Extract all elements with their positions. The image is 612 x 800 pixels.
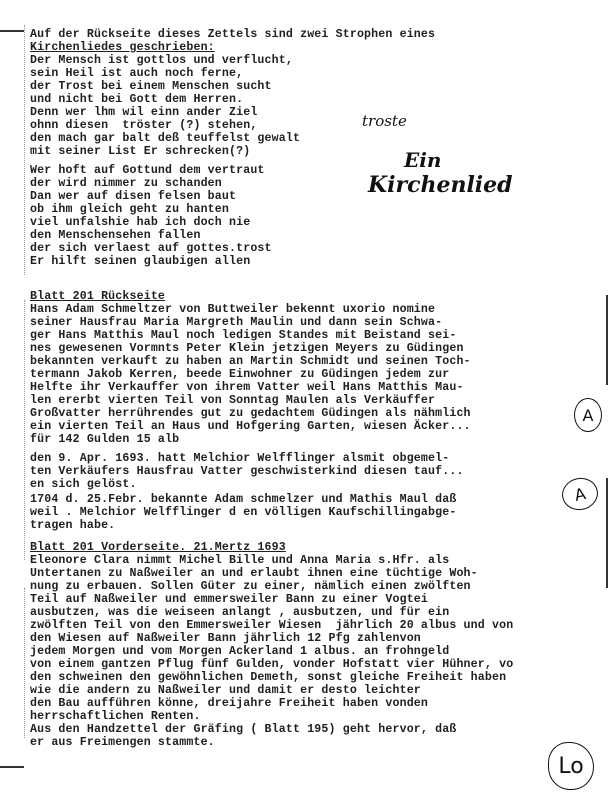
- stanza2-line: den Menschensehen fallen: [30, 229, 201, 242]
- handwritten-note: troste: [362, 112, 407, 130]
- stanza1-line: ohnn diesen tröster (?) stehen,: [30, 119, 257, 132]
- text-line: len ererbt vierten Teil von Sonntag Maul…: [30, 394, 435, 407]
- text-line: den Wiesen auf Naßweiler Bann jährlich 1…: [30, 632, 421, 645]
- text-line: seiner Hausfrau Maria Margreth Maulin un…: [30, 316, 442, 329]
- margin-mark-label: A: [583, 406, 594, 425]
- text-line: Großvatter herrührendes gut zu gedachtem…: [30, 407, 471, 420]
- margin-mark-circle: A: [559, 475, 601, 514]
- margin-mark-circle: A: [574, 398, 602, 432]
- text-line: termann Jakob Kerren, beede Einwohner zu…: [30, 368, 449, 381]
- text-line: für 142 Gulden 15 alb: [30, 433, 179, 446]
- text-line: Aus den Handzettel der Gräfing ( Blatt 1…: [30, 723, 456, 736]
- stanza1-line: den mach gar balt deß teuffelst gewalt: [30, 132, 300, 145]
- intro-line: Kirchenliedes geschrieben:: [30, 41, 215, 54]
- text-line: wie die andern zu Naßweiler und damit er…: [30, 684, 421, 697]
- text-line: ger Hans Matthis Maul noch ledigen Stand…: [30, 329, 456, 342]
- margin-dotted-line: [24, 588, 26, 738]
- handwritten-title: Kirchenlied: [368, 172, 513, 198]
- stanza2-line: viel unfalshie hab ich doch nie: [30, 216, 250, 229]
- text-line: Teil auf Naßweiler und emmersweiler Bann…: [30, 593, 428, 606]
- text-line: den schweinen den gewöhnlichen Demeth, s…: [30, 671, 506, 684]
- stanza2-line: Er hilft seinen glaubigen allen: [30, 255, 250, 268]
- scanned-document-page: Auf der Rückseite dieses Zettels sind zw…: [0, 0, 612, 800]
- text-line: er aus Freimengen stammte.: [30, 736, 215, 749]
- handwritten-title: Ein: [404, 148, 441, 172]
- scan-edge-tick: [0, 766, 24, 768]
- text-line: von einem gantzen Pflug fünf Gulden, von…: [30, 658, 513, 671]
- text-line: Hans Adam Schmeltzer von Buttweiler beke…: [30, 303, 435, 316]
- text-line: nes gewesenen Vormnts Peter Klein jetzig…: [30, 342, 464, 355]
- stanza1-line: Denn wer lhm wil einn ander Ziel: [30, 106, 257, 119]
- text-line: weil . Melchior Welfflinger d en völlige…: [30, 506, 456, 519]
- margin-mark-circle: Lo: [548, 742, 594, 790]
- margin-dotted-line: [24, 25, 26, 275]
- margin-dotted-line: [24, 300, 26, 560]
- scan-edge-tick: [0, 30, 24, 32]
- text-line: bekannten verkauft zu haben an Martin Sc…: [30, 355, 471, 368]
- stanza1-line: mit seiner List Er schrecken(?): [30, 145, 250, 158]
- section-heading: Blatt 201 Vorderseite. 21.Mertz 1693: [30, 541, 286, 554]
- stanza2-line: der sich verlaest auf gottes.trost: [30, 242, 272, 255]
- stanza2-line: Wer hoft auf Gottund dem vertraut: [30, 164, 265, 177]
- text-line: Untertanen zu Naßweiler an und erlaubt i…: [30, 567, 478, 580]
- text-line: ten Verkäufers Hausfrau Vatter geschwist…: [30, 465, 464, 478]
- scan-edge-bar: [606, 478, 608, 588]
- section-heading: Blatt 201 Rückseite: [30, 290, 165, 303]
- text-line: en sich gelöst.: [30, 478, 137, 491]
- text-line: nung zu erbauen. Sollen Güter zu einer, …: [30, 580, 471, 593]
- text-line: Eleonore Clara nimmt Michel Bille und An…: [30, 554, 449, 567]
- text-line: Helfte ihr Verkauffer von ihrem Vatter w…: [30, 381, 464, 394]
- stanza2-line: ob ihm gleich geht zu hanten: [30, 203, 229, 216]
- text-line: den 9. Apr. 1693. hatt Melchior Welfflin…: [30, 452, 449, 465]
- text-line: herrschaftlichen Renten.: [30, 710, 201, 723]
- text-line: ausbutzen, was die weiseen anlangt , aus…: [30, 606, 449, 619]
- margin-mark-label: Lo: [558, 754, 583, 779]
- text-line: jedem Morgen und vom Morgen Ackerland 1 …: [30, 645, 449, 658]
- text-line: den Bau aufführen könne, dreijahre Freih…: [30, 697, 428, 710]
- stanza2-line: Dan wer auf disen felsen baut: [30, 190, 236, 203]
- stanza1-line: Der Mensch ist gottlos und verflucht,: [30, 54, 293, 67]
- margin-mark-label: A: [573, 484, 588, 505]
- text-line: 1704 d. 25.Febr. bekannte Adam schmelzer…: [30, 493, 456, 506]
- stanza2-line: der wird nimmer zu schanden: [30, 177, 222, 190]
- stanza1-line: sein Heil ist auch noch ferne,: [30, 67, 243, 80]
- scan-edge-bar: [606, 295, 608, 385]
- text-line: zwölften Teil von den Emmersweiler Wiese…: [30, 619, 513, 632]
- text-line: ein vierten Teil an Haus und Hofgering G…: [30, 420, 471, 433]
- stanza1-line: der Trost bei einem Menschen sucht: [30, 80, 272, 93]
- stanza1-line: und nicht bei Gott dem Herren.: [30, 93, 243, 106]
- text-line: tragen habe.: [30, 519, 115, 532]
- intro-line: Auf der Rückseite dieses Zettels sind zw…: [30, 28, 435, 41]
